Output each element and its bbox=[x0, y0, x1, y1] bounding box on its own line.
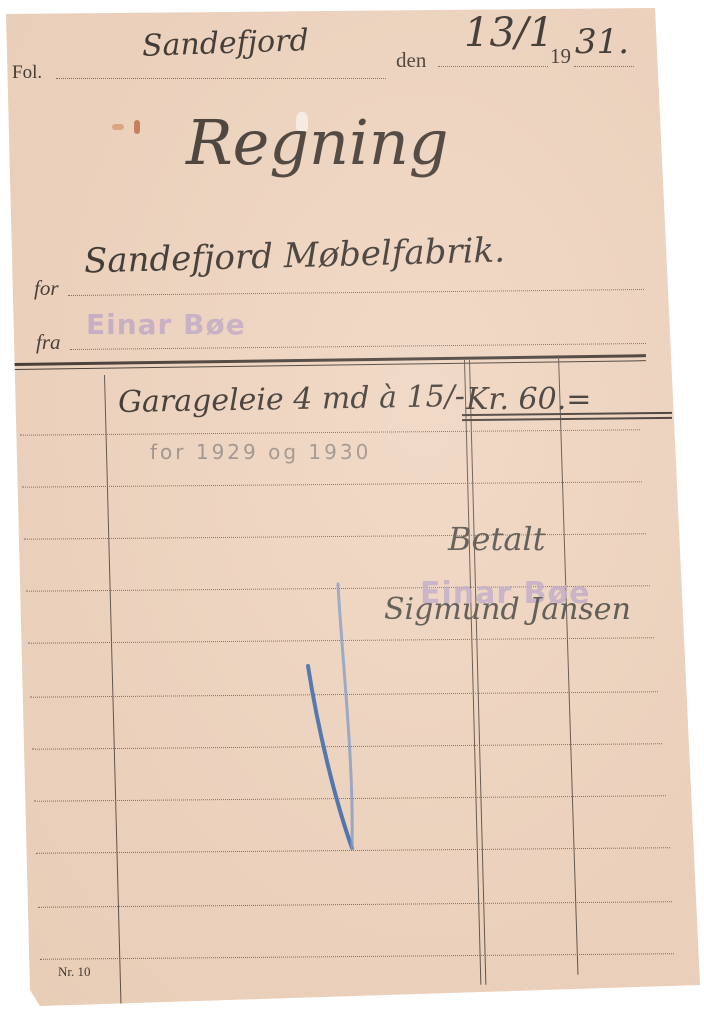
rust-stain-small bbox=[112, 124, 124, 130]
rust-stain bbox=[134, 120, 140, 134]
row-line-10 bbox=[38, 901, 672, 908]
row-line-7 bbox=[32, 743, 662, 749]
amount-double-underline bbox=[462, 417, 672, 421]
row-line-6 bbox=[30, 691, 658, 697]
place-handwritten: Sandefjord bbox=[141, 23, 309, 64]
row-line-3 bbox=[24, 533, 646, 539]
row-line-5 bbox=[28, 637, 654, 643]
signature-handwritten: Sigmund Jansen bbox=[384, 592, 631, 627]
paper-hole bbox=[296, 112, 308, 134]
fra-label: fra bbox=[36, 330, 61, 355]
row-line-2 bbox=[22, 481, 642, 487]
column-divider-2a bbox=[464, 360, 481, 985]
item-amount-handwritten: Kr. 60.= bbox=[466, 382, 591, 417]
for-label: for bbox=[34, 276, 59, 301]
column-divider-1 bbox=[104, 375, 121, 1005]
column-divider-3 bbox=[558, 355, 578, 975]
year-dotted-line bbox=[574, 66, 634, 67]
document-title: Regning bbox=[186, 106, 448, 179]
row-line-9 bbox=[36, 847, 670, 854]
blue-check-mark-icon bbox=[300, 580, 370, 860]
invoice-paper: Fol. Sandefjord den 13/1 19 31. Regning … bbox=[0, 0, 704, 1024]
paid-handwritten: Betalt bbox=[448, 520, 545, 558]
fol-label: Fol. bbox=[12, 62, 42, 84]
receipt-stamp: Einar Bøe bbox=[420, 576, 590, 611]
sender-stamp: Einar Bøe bbox=[86, 308, 246, 341]
date-handwritten: 13/1 bbox=[464, 10, 554, 56]
fra-dotted-line bbox=[70, 343, 646, 350]
item-note-pencil: for 1929 og 1930 bbox=[150, 440, 371, 464]
header-rule bbox=[14, 354, 646, 366]
amount-underline bbox=[462, 412, 672, 416]
form-number: Nr. 10 bbox=[58, 964, 91, 980]
year-prefix: 19 bbox=[550, 44, 571, 69]
row-line-4 bbox=[26, 585, 650, 591]
fol-dotted-line bbox=[56, 78, 386, 79]
for-dotted-line bbox=[68, 289, 644, 296]
for-value-handwritten: Sandefjord Møbelfabrik. bbox=[84, 230, 506, 281]
item-description-handwritten: Garageleie 4 md à 15/- bbox=[118, 379, 465, 420]
header-rule-thin bbox=[14, 360, 646, 370]
row-line-8 bbox=[34, 795, 666, 802]
date-dotted-line bbox=[438, 66, 548, 67]
year-handwritten: 31. bbox=[575, 22, 629, 62]
den-label: den bbox=[396, 48, 426, 73]
row-line-11 bbox=[40, 953, 674, 960]
column-divider-2b bbox=[469, 360, 486, 985]
row-line-1 bbox=[20, 429, 640, 435]
